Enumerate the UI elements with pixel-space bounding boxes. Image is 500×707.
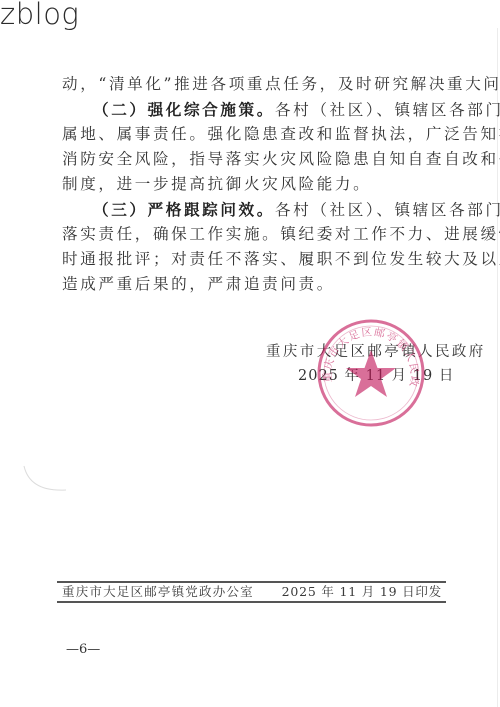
paragraph-2-text: 各村（社区）、镇辖区各部门要落实	[275, 101, 500, 119]
page-number: —6—	[66, 642, 100, 657]
paragraph-3-line-2: 落实责任，确保工作实施。镇纪委对工作不力、进展缓慢的，及	[62, 222, 450, 247]
footer-issue-date: 2025 年 11 月 19 日印发	[282, 583, 442, 601]
footer-rule-bottom	[57, 601, 446, 603]
section-heading-2: （二）强化综合施策。	[93, 100, 275, 119]
document-body: 动，“清单化”推进各项重点任务，及时研究解决重大问题。 （二）强化综合施策。各村…	[62, 72, 450, 297]
footer-issuance-row: 重庆市大足区邮亭镇党政办公室 2025 年 11 月 19 日印发	[62, 583, 442, 601]
section-heading-3: （三）严格跟踪问效。	[93, 200, 275, 219]
paragraph-3-line-3: 时通报批评；对责任不落实、履职不到位发生较大及以上火灾，	[62, 247, 450, 272]
signature-date: 2025 年 11 月 19 日	[266, 364, 446, 388]
paragraph-2-line-1: （二）强化综合施策。各村（社区）、镇辖区各部门要落实	[62, 97, 450, 122]
paragraph-3-text: 各村（社区）、镇辖区各部门要严格	[275, 201, 500, 219]
signature-block: 重庆市大足区邮亭镇人民政府 2025 年 11 月 19 日	[266, 340, 446, 388]
paragraph-1-tail: 动，“清单化”推进各项重点任务，及时研究解决重大问题。	[62, 72, 450, 97]
signature-organization: 重庆市大足区邮亭镇人民政府	[266, 340, 446, 364]
paragraph-3-line-1: （三）严格跟踪问效。各村（社区）、镇辖区各部门要严格	[62, 197, 450, 222]
paragraph-3-line-4: 造成严重后果的，严肃追责问责。	[62, 272, 450, 297]
paragraph-2-line-2: 属地、属事责任。强化隐患查改和监督执法，广泛告知社会单位	[62, 122, 450, 147]
paragraph-2-line-3: 消防安全风险，指导落实火灾风险隐患自知自查自改和公示管理	[62, 147, 450, 172]
paragraph-2-line-4: 制度，进一步提高抗御火灾风险能力。	[62, 172, 450, 197]
footer-issuer: 重庆市大足区邮亭镇党政办公室	[62, 583, 254, 601]
watermark-text: zblog	[0, 0, 79, 32]
scan-artifact-mark	[22, 462, 68, 496]
